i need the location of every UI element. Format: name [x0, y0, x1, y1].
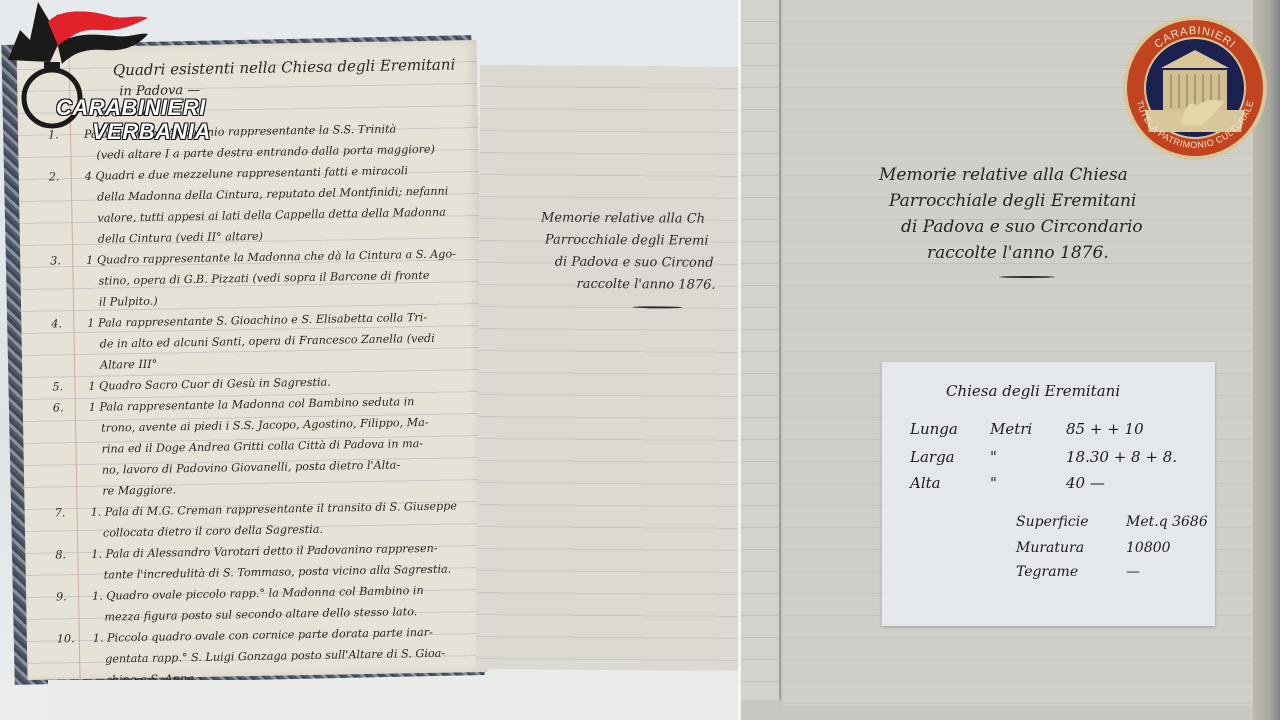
note-label: Alta	[910, 474, 990, 492]
note-total: Superficie Met.q 3686	[1016, 514, 1208, 530]
left-photo: Quadri esistenti nella Chiesa degli Erem…	[0, 0, 740, 720]
flourish	[632, 306, 682, 308]
note-total-value: 10800	[1126, 540, 1171, 556]
entry-number: 10.	[57, 628, 93, 650]
note-value: 18.30 + 8 + 8.	[1066, 448, 1177, 466]
flourish	[999, 276, 1055, 278]
note-row: Alta " 40 —	[910, 474, 1105, 492]
memo-line: raccolte l'anno 1876.	[879, 240, 1143, 266]
entry-number: 5.	[52, 376, 88, 398]
entry-number: 4.	[51, 313, 87, 335]
entry-number	[54, 481, 90, 503]
memo-line: di Padova e suo Circond	[541, 252, 716, 275]
entry-number: 3.	[50, 250, 86, 272]
entry-number: 6.	[53, 397, 89, 419]
note-label: Lunga	[910, 420, 990, 438]
memo-line: Memorie relative alla Ch	[541, 208, 716, 231]
logo-line-2: VERBANIA	[56, 120, 211, 144]
memo-line: Memorie relative alla Chiesa	[879, 162, 1143, 188]
entry-number	[52, 355, 88, 377]
entry-number	[53, 418, 89, 440]
right-photo: Memorie relative alla Chiesa Parrocchial…	[741, 0, 1280, 720]
left-strip-page	[741, 0, 781, 700]
carabinieri-verbania-logo: CARABINIERI VERBANIA	[0, 0, 220, 150]
memo-title: Memorie relative alla Ch Parrocchiale de…	[540, 208, 716, 309]
verbania-text: CARABINIERI VERBANIA	[56, 96, 211, 144]
measurement-note-card: Chiesa degli Eremitani Lunga Metri 85 + …	[882, 362, 1215, 626]
memo-title: Memorie relative alla Chiesa Parrocchial…	[879, 162, 1143, 278]
note-unit: "	[990, 448, 1066, 466]
entry-number: 2.	[49, 166, 85, 188]
note-unit: Metri	[990, 420, 1066, 438]
memo-line: Parrocchiale degli Eremitani	[879, 188, 1143, 214]
entry-number	[55, 523, 91, 545]
entry-number	[54, 460, 90, 482]
note-row: Lunga Metri 85 + + 10	[910, 420, 1144, 438]
note-total-value: —	[1126, 564, 1140, 580]
memo-line: raccolte l'anno 1876.	[541, 274, 716, 297]
entry-number	[53, 439, 89, 461]
entry-number	[57, 649, 93, 671]
logo-line-1: CARABINIERI	[56, 96, 211, 120]
note-title: Chiesa degli Eremitani	[946, 382, 1120, 400]
entry-number	[49, 187, 85, 209]
note-total: Muratura 10800	[1016, 540, 1171, 556]
entry-number: 9.	[56, 586, 92, 608]
note-row: Larga " 18.30 + 8 + 8.	[910, 448, 1177, 466]
note-label: Larga	[910, 448, 990, 466]
pantheon-seal-icon: CARABINIERI TUTELA PATRIMONIO CULTURALE	[1121, 14, 1269, 162]
entry-number	[52, 334, 88, 356]
memo-title-page: Memorie relative alla Ch Parrocchiale de…	[476, 65, 740, 671]
entry-number	[56, 607, 92, 629]
note-total-label: Tegrame	[1016, 564, 1126, 580]
note-total-value: Met.q 3686	[1126, 514, 1208, 530]
entry-number	[50, 271, 86, 293]
entry-number	[49, 208, 85, 230]
tpc-seal-logo: CARABINIERI TUTELA PATRIMONIO CULTURALE	[1121, 14, 1269, 162]
note-value: 40 —	[1066, 474, 1105, 492]
entry-number: 8.	[55, 544, 91, 566]
ledger-entries: 1.Pala di Jacopo Appolonio rappresentant…	[48, 117, 474, 691]
note-value: 85 + + 10	[1066, 420, 1144, 438]
memo-line: Parrocchiale degli Eremi	[541, 230, 716, 253]
entry-number	[51, 292, 87, 314]
entry-number	[50, 229, 86, 251]
note-total-label: Muratura	[1016, 540, 1126, 556]
tissue-sheet	[48, 680, 738, 720]
memo-line: di Padova e suo Circondario	[879, 214, 1143, 240]
entry-number	[56, 565, 92, 587]
note-total: Tegrame —	[1016, 564, 1140, 580]
entry-number: 7.	[54, 502, 90, 524]
note-total-label: Superficie	[1016, 514, 1126, 530]
note-unit: "	[990, 474, 1066, 492]
